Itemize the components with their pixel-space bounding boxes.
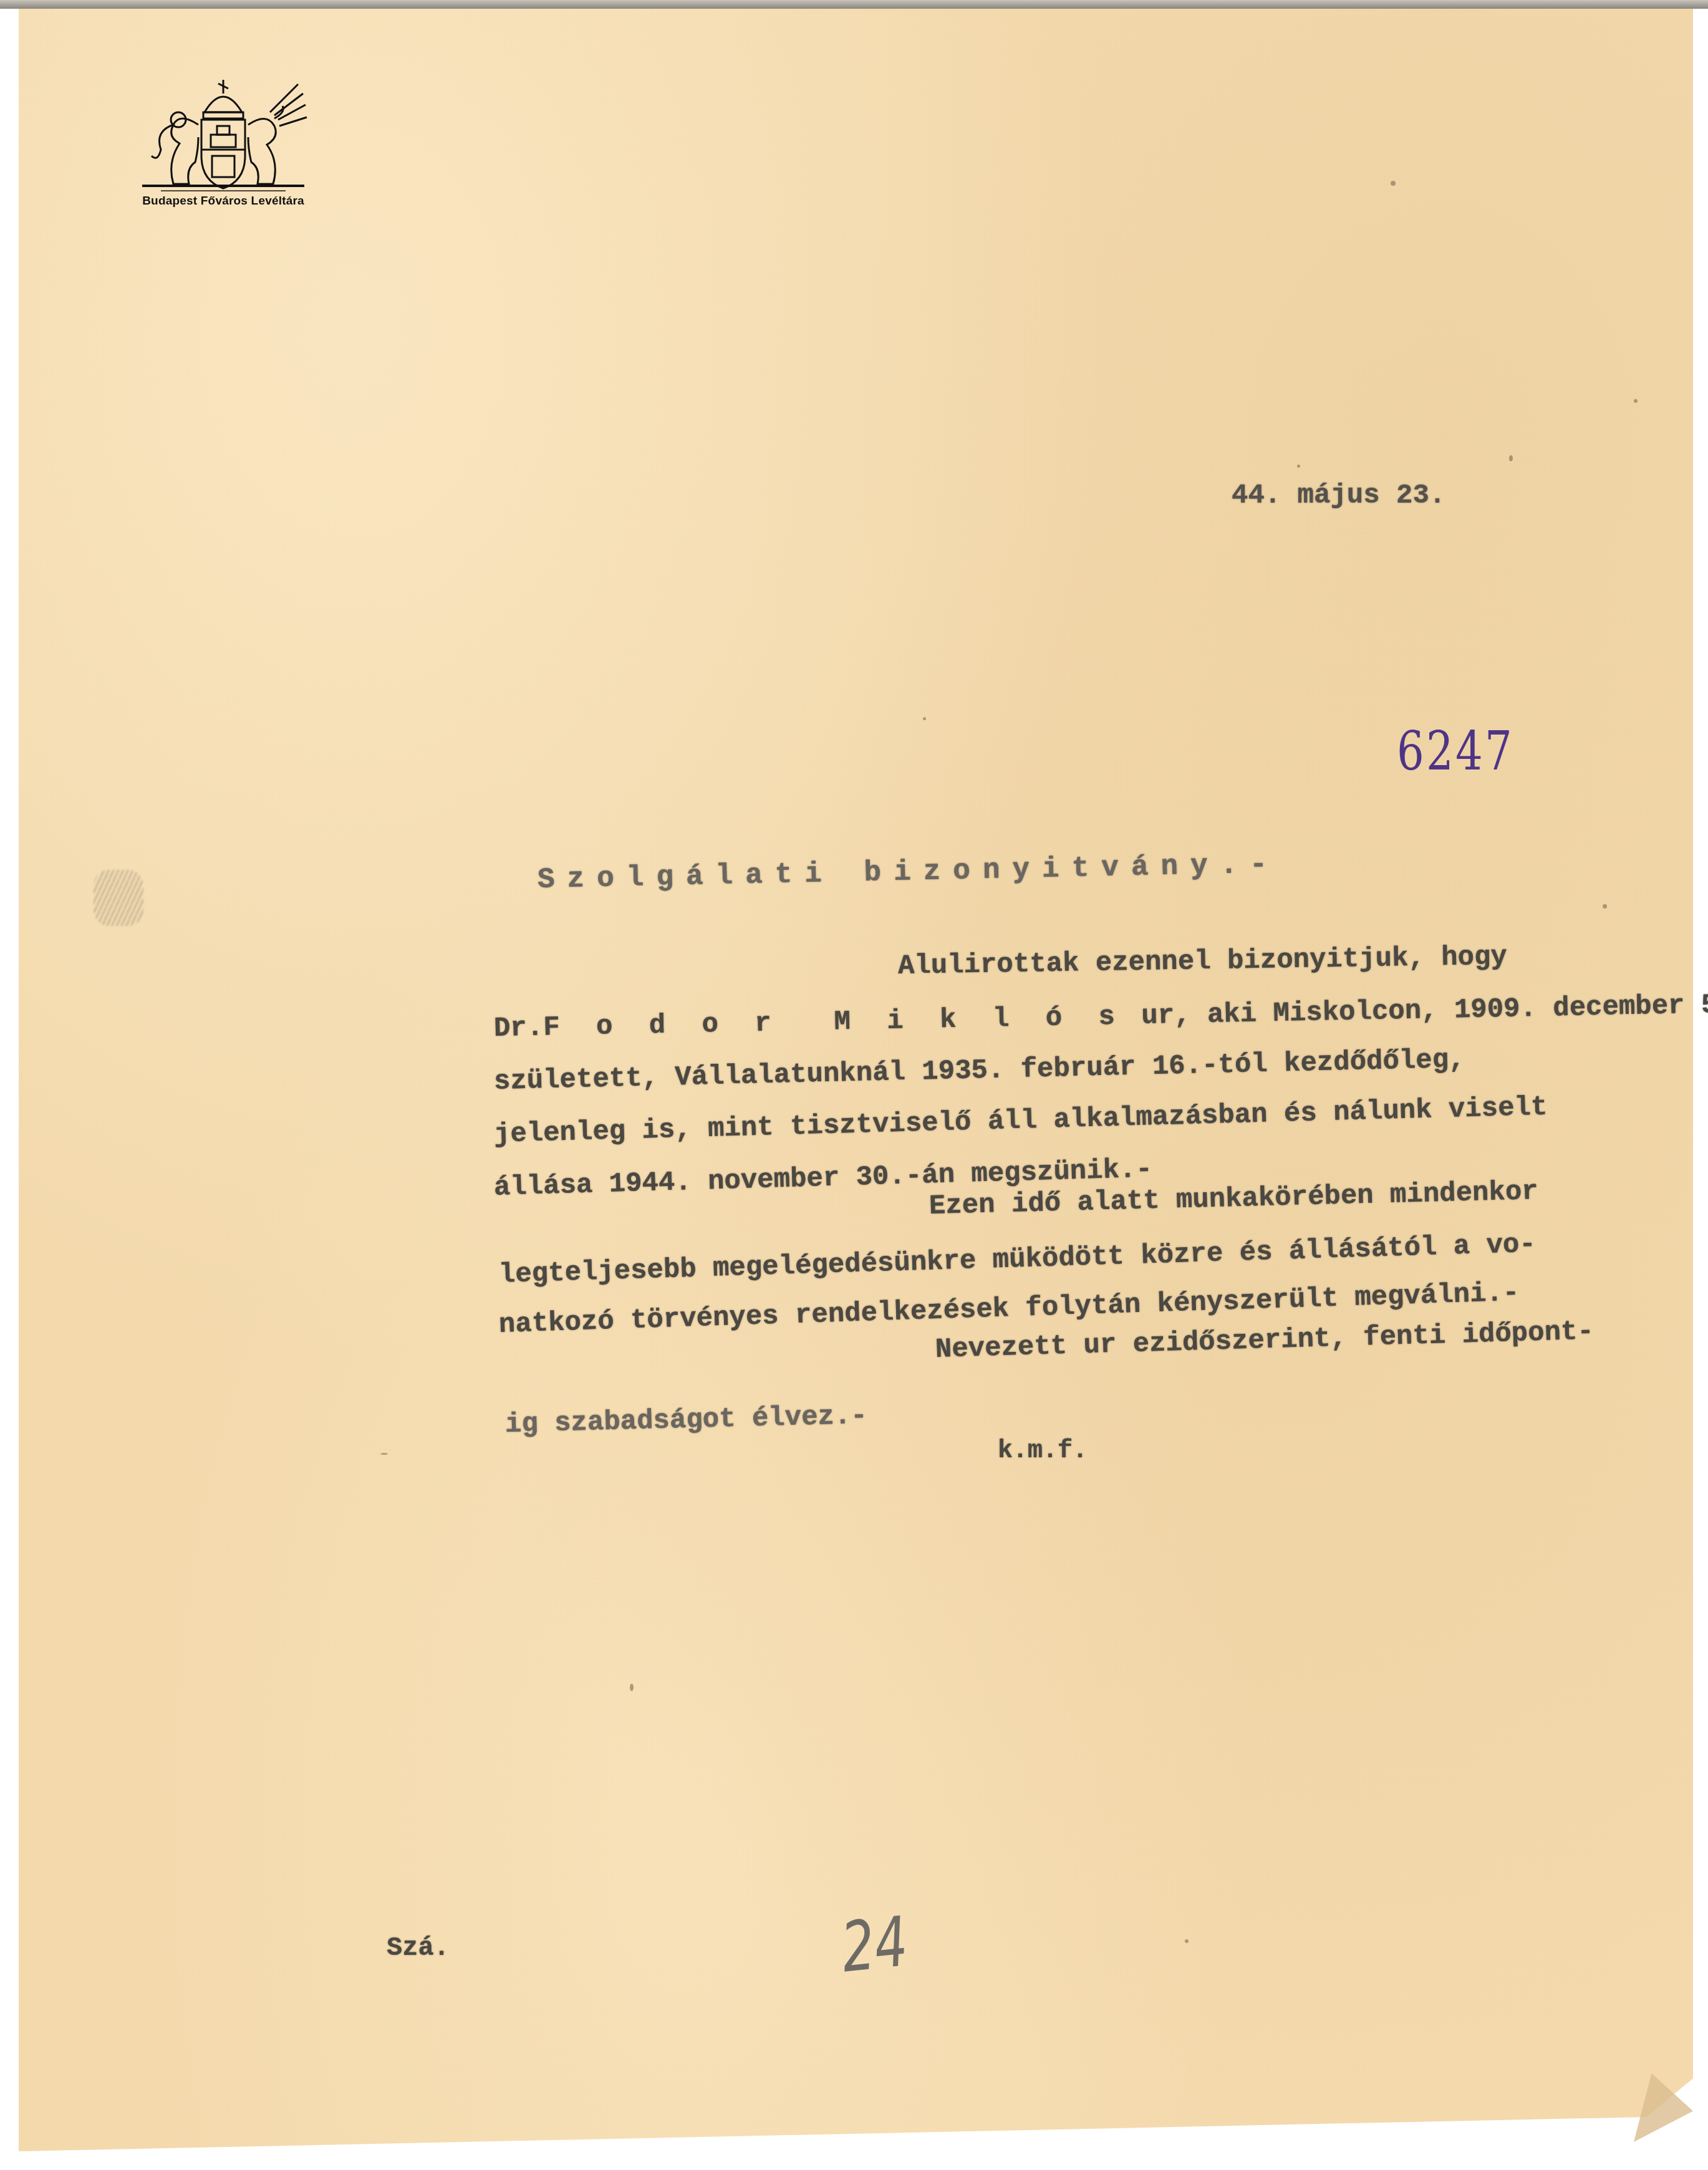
document-date: 44. május 23. [1232,480,1445,511]
budapest-coat-of-arms-icon [130,69,317,193]
archive-logo: Budapest Főváros Levéltára [123,69,323,218]
reference-label: Szá. [387,1933,450,1963]
stamp-number: 6247 [1397,720,1514,783]
scanner-edge [0,0,1708,9]
closing-abbreviation: k.m.f. [998,1437,1088,1465]
archive-caption: Budapest Főváros Levéltára [123,195,323,208]
name-prefix: Dr. [494,1012,544,1044]
stain-mark [94,870,143,926]
handwritten-page-number: 24 [837,1901,911,1987]
